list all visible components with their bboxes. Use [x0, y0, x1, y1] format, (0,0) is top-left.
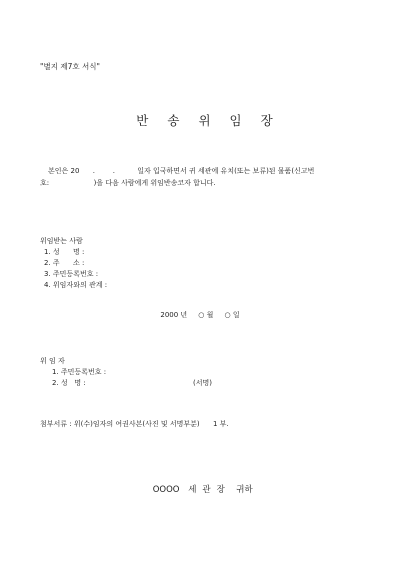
closing-char: 관	[202, 485, 210, 495]
delegate-heading: 위임받는 사람	[40, 236, 83, 246]
delegator-heading: 위 임 자	[40, 356, 65, 366]
closing-suffix: 귀하	[236, 485, 252, 495]
signature-label: (서명)	[193, 378, 212, 388]
closing-char: 장	[217, 485, 225, 495]
delegate-address-field: 2. 주 소 :	[44, 258, 84, 268]
delegate-id-field: 3. 주민등록번호 :	[44, 269, 98, 279]
attachment-line: 첨부서류 : 위(수)임자의 여권사본(사진 및 서명부분) 1 부.	[40, 419, 229, 429]
form-number: "별지 제7호 서식"	[40, 61, 100, 72]
date-line: 2000 년 ○ 월 ○ 일	[0, 310, 400, 320]
title-char: 반	[136, 111, 149, 129]
body-line-1: 본인은 20 . . 일자 입국하면서 귀 세관에 유치(또는 보류)된 물품(…	[48, 166, 314, 176]
delegate-name-field: 1. 성 명 :	[44, 247, 84, 257]
title-char: 장	[261, 111, 274, 129]
delegator-id-field: 1. 주민등록번호 :	[52, 367, 106, 377]
title-char: 송	[167, 111, 180, 129]
body-line-2: 호: )을 다음 사람에게 위임반송코자 합니다.	[40, 178, 216, 188]
closing-line: OOOO 세관장 귀하	[0, 473, 400, 495]
title-char: 위	[198, 111, 211, 129]
closing-char: 세	[188, 485, 196, 495]
delegate-relation-field: 4. 위임자와의 관계 :	[44, 280, 107, 290]
delegator-name-field: 2. 성 명 :	[52, 378, 86, 388]
document-title: 반송위임장	[0, 96, 400, 129]
title-char: 임	[230, 111, 243, 129]
office-name: OOOO	[153, 485, 180, 495]
